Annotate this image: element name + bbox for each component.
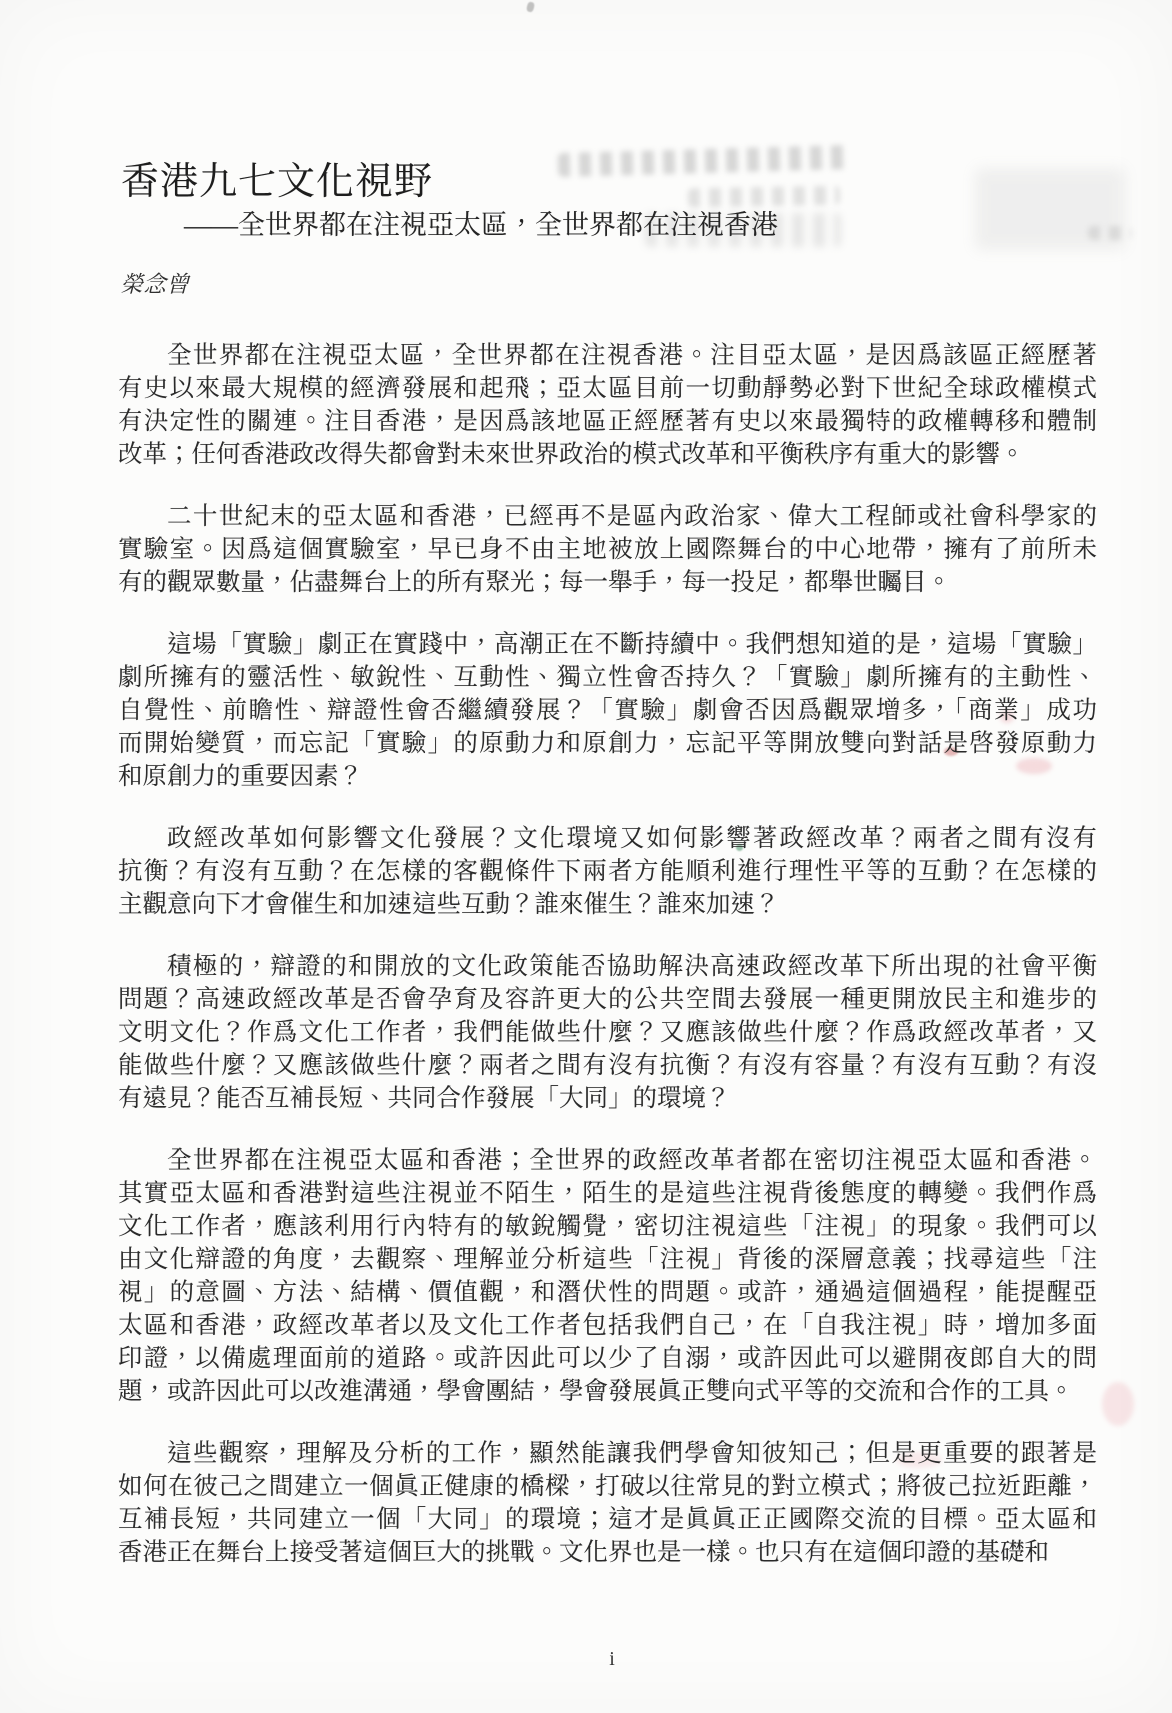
text-line: 實驗室。因爲這個實驗室，早已身不由主地被放上國際舞台的中心地帶，擁有了前所未 (118, 533, 1097, 566)
text-line: 積極的，辯證的和開放的文化政策能否協助解決高速政經改革下所出現的社會平衡 (118, 950, 1097, 983)
text-line: 政經改革如何影響文化發展？文化環境又如何影響著政經改革？兩者之間有沒有 (118, 822, 1097, 855)
paragraph: 積極的，辯證的和開放的文化政策能否協助解決高速政經改革下所出現的社會平衡問題？高… (118, 950, 1097, 1115)
text-line: 和原創力的重要因素？ (118, 760, 1097, 793)
text-line: 改革；任何香港政改得失都會對未來世界政治的模式改革和平衡秩序有重大的影響。 (118, 438, 1097, 471)
paragraph: 政經改革如何影響文化發展？文化環境又如何影響著政經改革？兩者之間有沒有抗衡？有沒… (118, 822, 1097, 921)
text-line: 由文化辯證的角度，去觀察、理解並分析這些「注視」背後的深層意義；找尋這些「注 (118, 1243, 1097, 1276)
bleed-through-artifact (1088, 226, 1132, 240)
text-line: 有史以來最大規模的經濟發展和起飛；亞太區目前一切動靜勢必對下世紀全球政權模式 (118, 372, 1097, 405)
pink-smudge-artifact (1102, 1382, 1134, 1426)
text-line: 自覺性、前瞻性、辯證性會否繼續發展？「實驗」劇會否因爲觀眾增多，「商業」成功 (118, 694, 1097, 727)
text-line: 有決定性的關連。注目香港，是因爲該地區正經歷著有史以來最獨特的政權轉移和體制 (118, 405, 1097, 438)
text-line: 這些觀察，理解及分析的工作，顯然能讓我們學會知彼知己；但是更重要的跟著是 (118, 1437, 1097, 1470)
text-line: 問題？高速政經改革是否會孕育及容許更大的公共空間去發展一種更開放民主和進步的 (118, 983, 1097, 1016)
text-line: 香港正在舞台上接受著這個巨大的挑戰。文化界也是一樣。也只有在這個印證的基礎和 (118, 1536, 1097, 1569)
text-line: 主觀意向下才會催生和加速這些互動？誰來催生？誰來加速？ (118, 888, 1097, 921)
bleed-through-artifact (688, 186, 840, 208)
page-number: i (562, 1648, 662, 1671)
text-line: 抗衡？有沒有互動？在怎樣的客觀條件下兩者方能順利進行理性平等的互動？在怎樣的 (118, 855, 1097, 888)
text-line: 如何在彼己之間建立一個眞正健康的橋樑，打破以往常見的對立模式；將彼己拉近距離， (118, 1470, 1097, 1503)
text-line: 有遠見？能否互補長短、共同合作發展「大同」的環境？ (118, 1082, 1097, 1115)
text-line: 能做些什麼？又應該做些什麼？兩者之間有沒有抗衡？有沒有容量？有沒有互動？有沒 (118, 1049, 1097, 1082)
bleed-through-artifact (558, 145, 851, 177)
text-line: 文明文化？作爲文化工作者，我們能做些什麼？又應該做些什麼？作爲政經改革者，又 (118, 1016, 1097, 1049)
article-body: 全世界都在注視亞太區，全世界都在注視香港。注目亞太區，是因爲該區正經歷著有史以來… (118, 339, 1097, 1569)
text-line: 視」的意圖、方法、結構、價值觀，和潛伏性的問題。或許，通過這個過程，能提醒亞 (118, 1276, 1097, 1309)
scan-speck (526, 1, 535, 12)
text-line: 而開始變質，而忘記「實驗」的原動力和原創力，忘記平等開放雙向對話是啓發原動力 (118, 727, 1097, 760)
text-line: 印證，以備處理面前的道路。或許因此可以少了自溺，或許因此可以避開夜郎自大的問 (118, 1342, 1097, 1375)
paragraph: 這些觀察，理解及分析的工作，顯然能讓我們學會知彼知己；但是更重要的跟著是如何在彼… (118, 1437, 1097, 1569)
bleed-through-artifact (975, 168, 1125, 250)
paragraph: 這場「實驗」劇正在實踐中，高潮正在不斷持續中。我們想知道的是，這場「實驗」劇所擁… (118, 628, 1097, 793)
document-title: 香港九七文化視野 (121, 156, 433, 208)
text-line: 這場「實驗」劇正在實踐中，高潮正在不斷持續中。我們想知道的是，這場「實驗」 (118, 628, 1097, 661)
text-line: 互補長短，共同建立一個「大同」的環境；這才是眞眞正正國際交流的目標。亞太區和 (118, 1503, 1097, 1536)
text-line: 全世界都在注視亞太區和香港；全世界的政經改革者都在密切注視亞太區和香港。 (118, 1144, 1097, 1177)
author-name: 榮念曾 (120, 269, 189, 301)
text-line: 其實亞太區和香港對這些注視並不陌生，陌生的是這些注視背後態度的轉變。我們作爲 (118, 1177, 1097, 1210)
paragraph: 全世界都在注視亞太區，全世界都在注視香港。注目亞太區，是因爲該區正經歷著有史以來… (118, 339, 1097, 471)
paragraph: 二十世紀末的亞太區和香港，已經再不是區內政治家、偉大工程師或社會科學家的實驗室。… (118, 500, 1097, 599)
text-line: 二十世紀末的亞太區和香港，已經再不是區內政治家、偉大工程師或社會科學家的 (118, 500, 1097, 533)
scanned-document-page: 香港九七文化視野 ——全世界都在注視亞太區，全世界都在注視香港 榮念曾 全世界都… (0, 0, 1172, 1713)
paragraph: 全世界都在注視亞太區和香港；全世界的政經改革者都在密切注視亞太區和香港。其實亞太… (118, 1144, 1097, 1408)
text-line: 太區和香港，政經改革者以及文化工作者包括我們自己，在「自我注視」時，增加多面 (118, 1309, 1097, 1342)
text-line: 劇所擁有的靈活性、敏銳性、互動性、獨立性會否持久？「實驗」劇所擁有的主動性、 (118, 661, 1097, 694)
text-line: 全世界都在注視亞太區，全世界都在注視香港。注目亞太區，是因爲該區正經歷著 (118, 339, 1097, 372)
document-subtitle: ——全世界都在注視亞太區，全世界都在注視香港 (184, 207, 778, 243)
text-line: 有的觀眾數量，佔盡舞台上的所有聚光；每一舉手，每一投足，都舉世矚目。 (118, 566, 1097, 599)
text-line: 文化工作者，應該利用行內特有的敏銳觸覺，密切注視這些「注視」的現象。我們可以 (118, 1210, 1097, 1243)
text-line: 題，或許因此可以改進溝通，學會團結，學會發展眞正雙向式平等的交流和合作的工具。 (118, 1375, 1097, 1408)
